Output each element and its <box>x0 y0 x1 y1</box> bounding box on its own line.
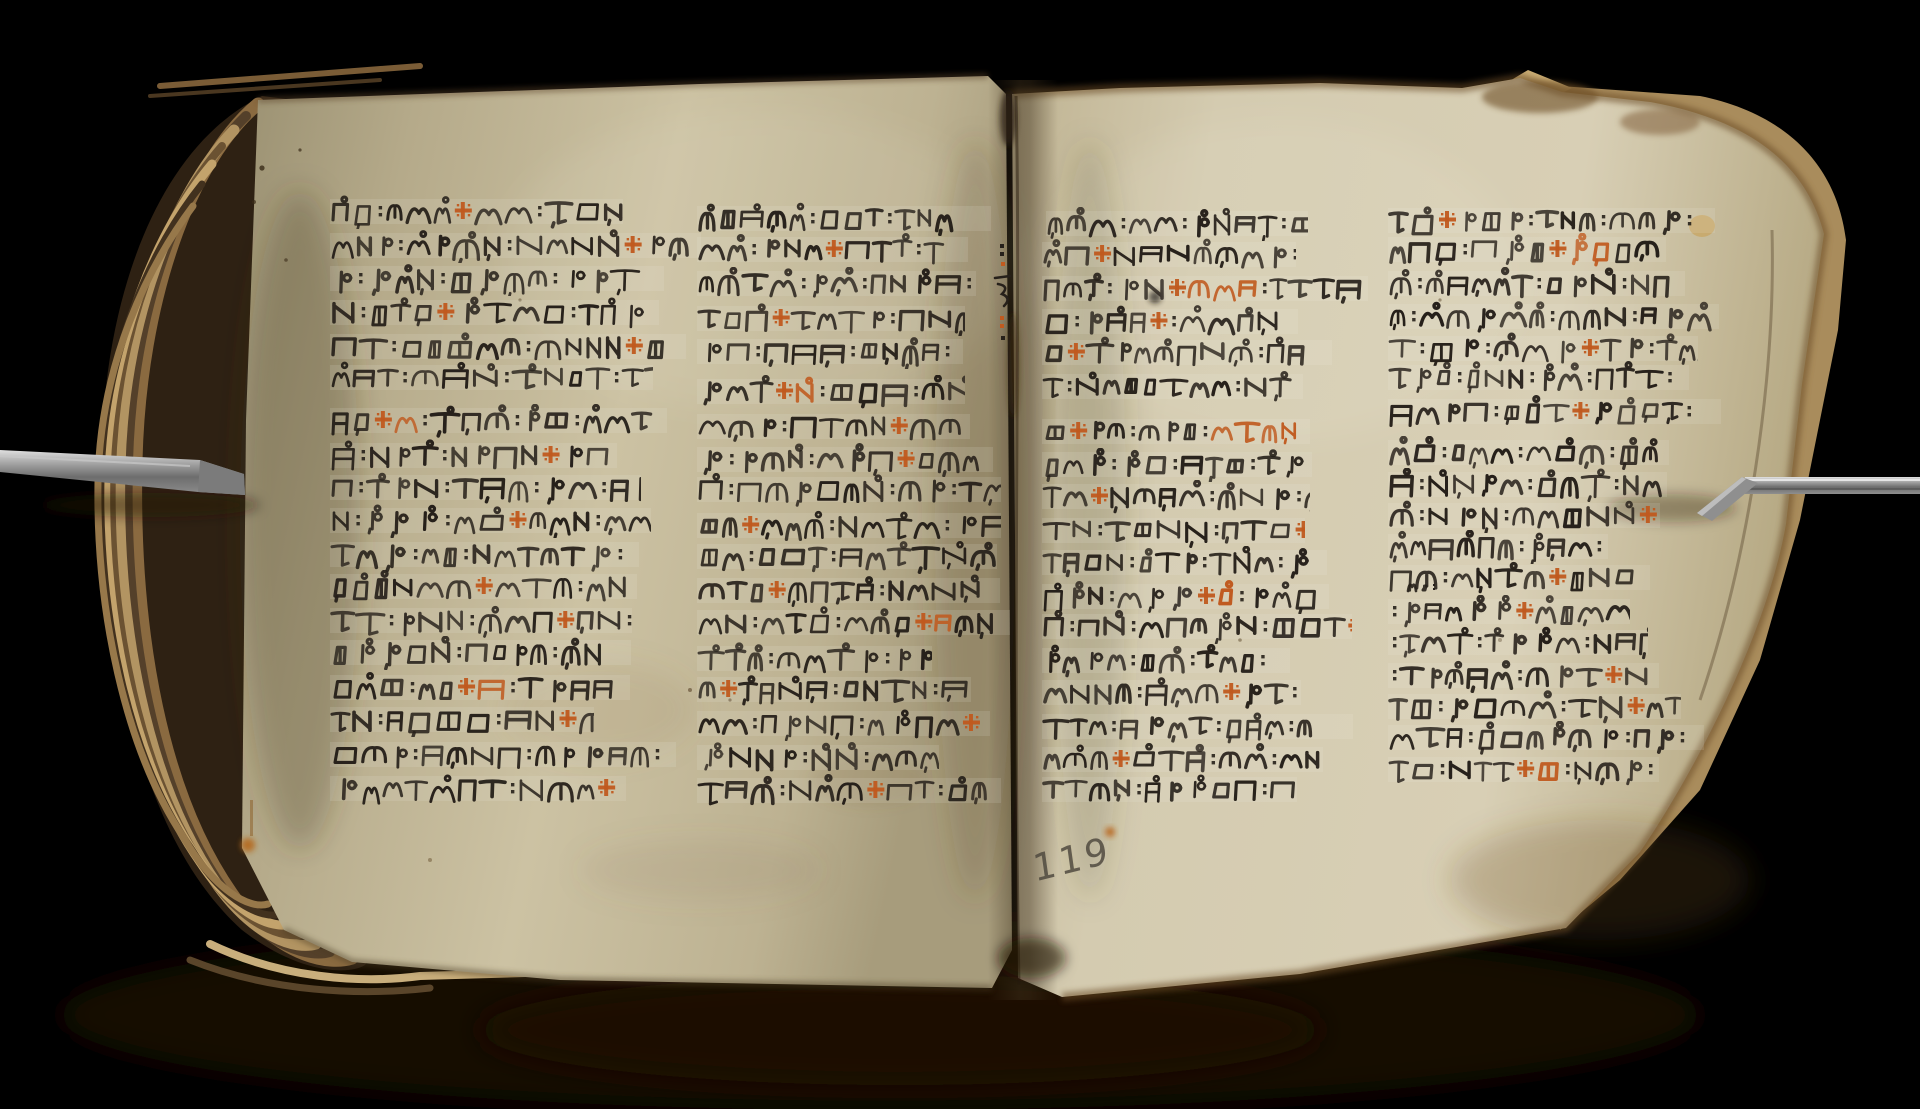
text-line <box>330 439 617 473</box>
text-line <box>697 540 997 574</box>
text-line <box>697 574 1000 608</box>
manuscript-text-layer <box>0 0 1920 1109</box>
text-line <box>1388 436 1669 470</box>
text-line <box>1388 300 1719 334</box>
text-line <box>1042 546 1327 580</box>
text-line <box>1388 530 1608 564</box>
text-line <box>1388 499 1660 533</box>
text-line <box>1042 238 1296 272</box>
text-line <box>330 604 632 638</box>
text-line <box>1388 753 1659 787</box>
text-line <box>1388 659 1659 693</box>
text-line <box>1042 514 1305 548</box>
text-line <box>1042 415 1310 449</box>
text-line <box>697 774 1001 808</box>
text-line <box>1042 773 1297 807</box>
text-line <box>1042 370 1303 404</box>
text-line <box>330 772 626 806</box>
text-line <box>1388 267 1685 301</box>
text-line <box>1042 644 1290 678</box>
text-line <box>697 410 970 444</box>
text-line <box>1042 743 1323 777</box>
text-line <box>330 361 653 395</box>
text-line <box>330 671 630 705</box>
text-line <box>1388 468 1667 502</box>
text-line <box>697 443 993 477</box>
text-line <box>1042 448 1312 482</box>
text-line <box>1388 690 1681 724</box>
interlinear-note <box>1406 580 1442 594</box>
text-line <box>1042 676 1301 710</box>
text-line <box>697 741 939 775</box>
text-line <box>697 642 932 676</box>
text-line <box>330 738 676 772</box>
text-line <box>697 606 1010 640</box>
text-line <box>330 471 641 505</box>
text-line <box>1388 361 1689 395</box>
text-line <box>1388 233 1666 267</box>
text-line <box>697 375 965 409</box>
text-line <box>697 673 971 707</box>
text-line <box>1042 710 1353 744</box>
text-line <box>330 229 701 263</box>
text-line <box>697 473 1001 507</box>
text-line <box>1042 610 1352 644</box>
text-line <box>1042 480 1310 514</box>
text-line <box>330 636 631 670</box>
text-line <box>1042 580 1329 614</box>
text-line <box>1046 207 1308 241</box>
text-line <box>1388 721 1704 755</box>
text-line <box>1388 595 1630 629</box>
text-line <box>330 570 637 604</box>
text-line <box>1388 395 1721 429</box>
text-line <box>1042 272 1368 306</box>
text-line <box>330 195 623 229</box>
text-line <box>330 296 659 330</box>
text-line <box>697 509 1001 543</box>
text-line <box>330 330 686 364</box>
text-line <box>697 202 991 236</box>
text-line <box>697 267 976 301</box>
margin-mark <box>990 240 1016 350</box>
text-line <box>1042 336 1332 370</box>
text-line <box>1388 626 1648 660</box>
text-line <box>330 504 651 538</box>
text-line <box>697 302 965 336</box>
text-line <box>330 404 667 438</box>
manuscript-photo: 119 <box>0 0 1920 1109</box>
text-line <box>697 335 963 369</box>
text-line <box>697 233 968 267</box>
text-line <box>330 538 639 572</box>
text-line <box>330 262 664 296</box>
text-line <box>1042 305 1298 339</box>
text-line <box>330 703 594 737</box>
text-line <box>697 707 990 741</box>
